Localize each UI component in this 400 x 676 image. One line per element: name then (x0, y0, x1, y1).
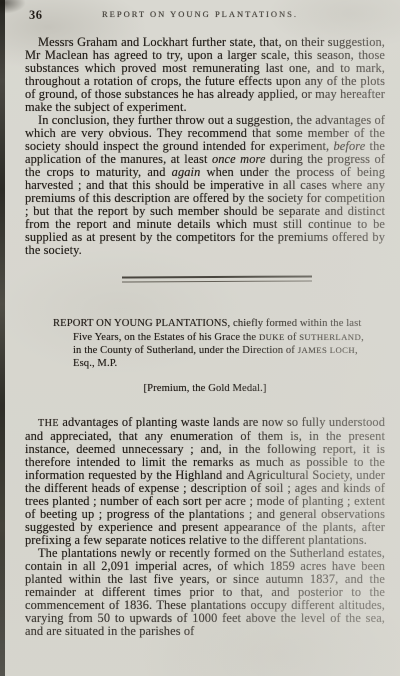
premium-line: [Premium, the Gold Medal.] (25, 382, 385, 395)
italic-word-again: again (172, 165, 201, 179)
main-text-block: Messrs Graham and Lockhart further state… (25, 36, 385, 638)
italic-word-once-more: once more (212, 152, 266, 166)
paragraph-plantations: The plantations newly or recently formed… (25, 547, 385, 638)
heading-smallcaps-james-loch: James Loch (298, 345, 355, 355)
page-number: 36 (29, 8, 43, 23)
scanned-book-page: 36 REPORT ON YOUNG PLANTATIONS. Messrs G… (0, 0, 400, 676)
article-body: The advantages of planting waste lands a… (25, 416, 385, 638)
heading-caps: REPORT ON YOUNG PLANTATIONS, (53, 318, 230, 329)
section-heading: REPORT ON YOUNG PLANTATIONS, chiefly for… (53, 318, 373, 370)
section-divider-rule (122, 276, 312, 283)
paragraph-advantages: The advantages of planting waste lands a… (25, 416, 385, 547)
heading-smallcaps-duke: Duke (259, 332, 285, 342)
italic-word-before: before (334, 139, 366, 153)
paragraph-in-conclusion: In conclusion, they further throw out a … (25, 114, 385, 257)
paragraph-text: The plantations newly or recently formed… (25, 546, 385, 638)
paragraph-text: when under the process of being harveste… (25, 165, 385, 257)
heading-text: of (285, 332, 300, 343)
paragraph-text: advantages of planting waste lands are n… (25, 415, 385, 547)
page-header: 36 REPORT ON YOUNG PLANTATIONS. (0, 0, 400, 33)
heading-smallcaps-sutherland: Sutherland (299, 332, 361, 342)
paragraph-messrs-graham: Messrs Graham and Lockhart further state… (25, 36, 385, 114)
paragraph-text: Messrs Graham and Lockhart further state… (25, 35, 385, 114)
lead-smallcaps-the: The (38, 418, 59, 429)
paragraph-text: In conclusion, they further throw out a … (25, 113, 385, 153)
running-header: REPORT ON YOUNG PLANTATIONS. (0, 9, 400, 19)
scan-edge-shadow (0, 0, 5, 676)
